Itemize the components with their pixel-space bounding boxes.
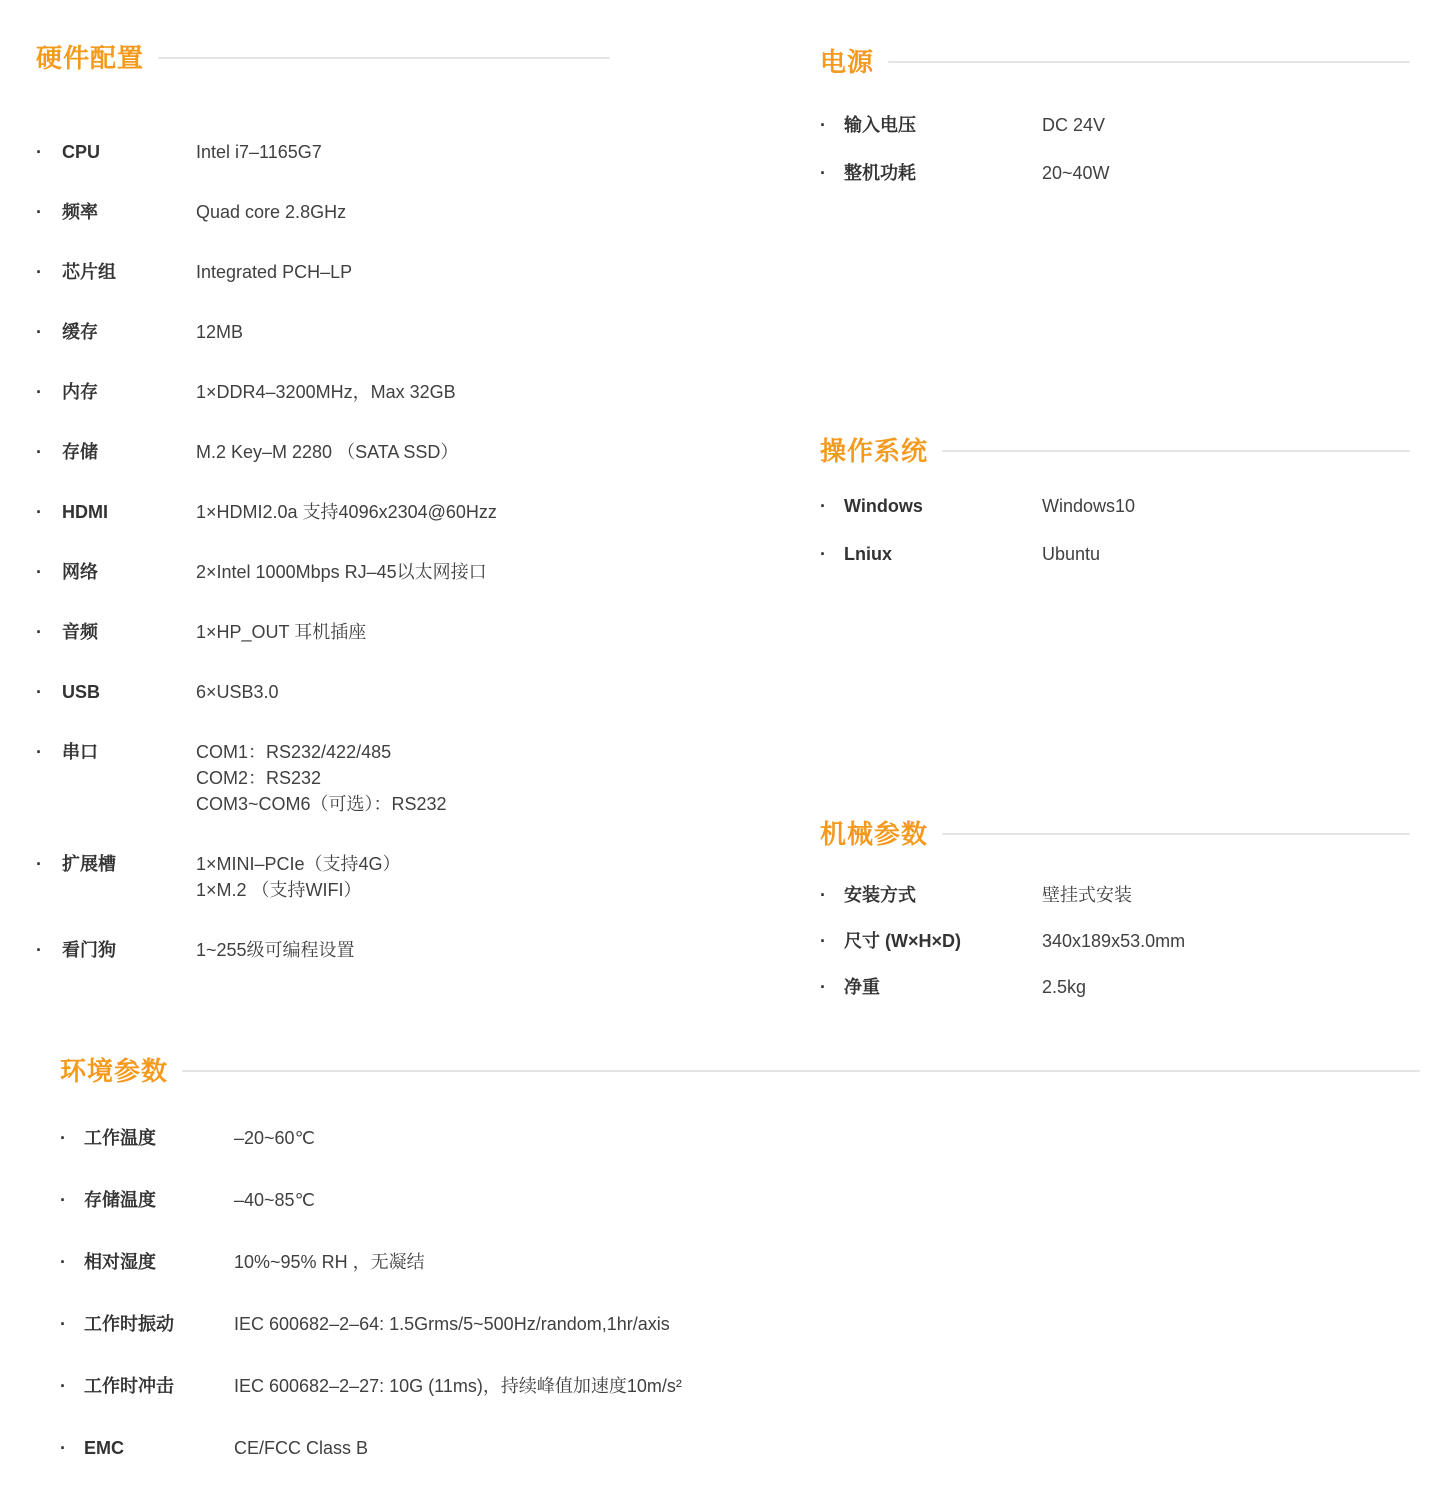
spec-row-memory: · 内存 1×DDR4–3200MHz，Max 32GB [36, 379, 610, 405]
spec-rows: · CPU Intel i7–1165G7 · 频率 Quad core 2.8… [36, 139, 610, 997]
spec-label: 净重 [844, 974, 1042, 1000]
spec-row-humidity: · 相对湿度 10%~95% RH ，无凝结 [60, 1249, 1420, 1275]
spec-value: 2×Intel 1000Mbps RJ–45以太网接口 [196, 559, 610, 585]
bullet-icon: · [36, 851, 62, 877]
spec-value: 1×MINI–PCIe（支持4G） 1×M.2 （支持WIFI） [196, 851, 610, 903]
header-divider [942, 450, 1410, 452]
spec-value: 2.5kg [1042, 974, 1410, 1000]
spec-value: 6×USB3.0 [196, 679, 610, 705]
spec-rows: · 工作温度 –20~60℃ · 存储温度 –40~85℃ · 相对湿度 10%… [60, 1125, 1420, 1497]
bullet-icon: · [60, 1125, 84, 1151]
section-title: 操作系统 [820, 433, 928, 469]
spec-row-network: · 网络 2×Intel 1000Mbps RJ–45以太网接口 [36, 559, 610, 585]
bullet-icon: · [60, 1249, 84, 1275]
spec-row-windows: · Windows Windows10 [820, 493, 1410, 519]
section-header: 操作系统 [820, 433, 1410, 469]
header-divider [158, 57, 610, 59]
bullet-icon: · [36, 739, 62, 765]
spec-rows: · Windows Windows10 · Lniux Ubuntu [820, 493, 1410, 589]
bullet-icon: · [820, 493, 844, 519]
spec-label: 串口 [62, 739, 196, 765]
spec-value: Quad core 2.8GHz [196, 199, 610, 225]
bullet-icon: · [36, 379, 62, 405]
spec-value: COM1：RS232/422/485 COM2：RS232 COM3~COM6（… [196, 739, 610, 817]
spec-row-power-consumption: · 整机功耗 20~40W [820, 160, 1410, 186]
spec-label: 网络 [62, 559, 196, 585]
spec-value: IEC 600682–2–64: 1.5Grms/5~500Hz/random,… [234, 1311, 1420, 1337]
spec-row-audio: · 音频 1×HP_OUT 耳机插座 [36, 619, 610, 645]
bullet-icon: · [820, 160, 844, 186]
spec-label: CPU [62, 139, 196, 165]
spec-row-cache: · 缓存 12MB [36, 319, 610, 345]
spec-row-shock: · 工作时冲击 IEC 600682–2–27: 10G (11ms)，持续峰值… [60, 1373, 1420, 1399]
spec-value: 340x189x53.0mm [1042, 928, 1410, 954]
spec-value: Integrated PCH–LP [196, 259, 610, 285]
spec-row-storage-temp: · 存储温度 –40~85℃ [60, 1187, 1420, 1213]
bullet-icon: · [820, 974, 844, 1000]
bullet-icon: · [36, 619, 62, 645]
bullet-icon: · [36, 937, 62, 963]
section-header: 硬件配置 [36, 40, 610, 76]
section-os: 操作系统 · Windows Windows10 · Lniux Ubuntu [820, 433, 1410, 589]
bullet-icon: · [36, 199, 62, 225]
bullet-icon: · [60, 1311, 84, 1337]
spec-value: Windows10 [1042, 493, 1410, 519]
spec-row-weight: · 净重 2.5kg [820, 974, 1410, 1000]
section-mechanical: 机械参数 · 安装方式 壁挂式安装 · 尺寸 (W×H×D) 340x189x5… [820, 816, 1410, 1020]
spec-label: 尺寸 (W×H×D) [844, 928, 1042, 954]
header-divider [942, 833, 1410, 835]
spec-label: USB [62, 679, 196, 705]
spec-row-frequency: · 频率 Quad core 2.8GHz [36, 199, 610, 225]
spec-row-input-voltage: · 输入电压 DC 24V [820, 112, 1410, 138]
section-header: 机械参数 [820, 816, 1410, 852]
section-power: 电源 · 输入电压 DC 24V · 整机功耗 20~40W [820, 44, 1410, 208]
spec-value: –40~85℃ [234, 1187, 1420, 1213]
spec-value: 1×HDMI2.0a 支持4096x2304@60Hzz [196, 499, 610, 525]
spec-label: Windows [844, 493, 1042, 519]
section-hardware: 硬件配置 · CPU Intel i7–1165G7 · 频率 Quad cor… [36, 40, 610, 997]
spec-value: CE/FCC Class B [234, 1435, 1420, 1461]
bullet-icon: · [36, 439, 62, 465]
bullet-icon: · [36, 259, 62, 285]
spec-row-expansion: · 扩展槽 1×MINI–PCIe（支持4G） 1×M.2 （支持WIFI） [36, 851, 610, 903]
spec-label: Lniux [844, 541, 1042, 567]
spec-row-emc: · EMC CE/FCC Class B [60, 1435, 1420, 1461]
spec-value: M.2 Key–M 2280 （SATA SSD） [196, 439, 610, 465]
spec-value: 壁挂式安装 [1042, 882, 1410, 908]
spec-value: 20~40W [1042, 160, 1410, 186]
spec-row-vibration: · 工作时振动 IEC 600682–2–64: 1.5Grms/5~500Hz… [60, 1311, 1420, 1337]
spec-label: 存储 [62, 439, 196, 465]
section-title: 环境参数 [60, 1053, 168, 1089]
spec-label: HDMI [62, 499, 196, 525]
spec-label: 内存 [62, 379, 196, 405]
bullet-icon: · [60, 1187, 84, 1213]
spec-label: 安装方式 [844, 882, 1042, 908]
section-environment: 环境参数 · 工作温度 –20~60℃ · 存储温度 –40~85℃ · 相对湿… [60, 1053, 1420, 1497]
spec-rows: · 安装方式 壁挂式安装 · 尺寸 (W×H×D) 340x189x53.0mm… [820, 882, 1410, 1020]
section-title: 机械参数 [820, 816, 928, 852]
bullet-icon: · [820, 928, 844, 954]
spec-label: 频率 [62, 199, 196, 225]
bullet-icon: · [36, 139, 62, 165]
spec-row-hdmi: · HDMI 1×HDMI2.0a 支持4096x2304@60Hzz [36, 499, 610, 525]
section-header: 电源 [820, 44, 1410, 80]
spec-label: 存储温度 [84, 1187, 234, 1213]
spec-value: –20~60℃ [234, 1125, 1420, 1151]
bullet-icon: · [820, 112, 844, 138]
spec-value: 1×DDR4–3200MHz，Max 32GB [196, 379, 610, 405]
spec-value: 10%~95% RH ，无凝结 [234, 1249, 1420, 1275]
spec-row-linux: · Lniux Ubuntu [820, 541, 1410, 567]
spec-rows: · 输入电压 DC 24V · 整机功耗 20~40W [820, 112, 1410, 208]
spec-row-usb: · USB 6×USB3.0 [36, 679, 610, 705]
bullet-icon: · [60, 1435, 84, 1461]
spec-value: DC 24V [1042, 112, 1410, 138]
bullet-icon: · [36, 679, 62, 705]
bullet-icon: · [820, 882, 844, 908]
section-header: 环境参数 [60, 1053, 1420, 1089]
spec-label: 缓存 [62, 319, 196, 345]
spec-row-mounting: · 安装方式 壁挂式安装 [820, 882, 1410, 908]
spec-label: 输入电压 [844, 112, 1042, 138]
spec-label: 工作时振动 [84, 1311, 234, 1337]
header-divider [182, 1070, 1420, 1072]
spec-label: 看门狗 [62, 937, 196, 963]
spec-label: 音频 [62, 619, 196, 645]
bullet-icon: · [60, 1373, 84, 1399]
spec-row-dimensions: · 尺寸 (W×H×D) 340x189x53.0mm [820, 928, 1410, 954]
spec-value: 1×HP_OUT 耳机插座 [196, 619, 610, 645]
spec-row-storage: · 存储 M.2 Key–M 2280 （SATA SSD） [36, 439, 610, 465]
spec-value: 1~255级可编程设置 [196, 937, 610, 963]
spec-label: 芯片组 [62, 259, 196, 285]
spec-label: 整机功耗 [844, 160, 1042, 186]
bullet-icon: · [36, 319, 62, 345]
spec-label: 扩展槽 [62, 851, 196, 877]
spec-row-chipset: · 芯片组 Integrated PCH–LP [36, 259, 610, 285]
spec-row-serial: · 串口 COM1：RS232/422/485 COM2：RS232 COM3~… [36, 739, 610, 817]
spec-value: 12MB [196, 319, 610, 345]
spec-row-cpu: · CPU Intel i7–1165G7 [36, 139, 610, 165]
header-divider [888, 61, 1410, 63]
spec-label: 工作时冲击 [84, 1373, 234, 1399]
bullet-icon: · [820, 541, 844, 567]
section-title: 硬件配置 [36, 40, 144, 76]
spec-value: Ubuntu [1042, 541, 1410, 567]
spec-label: EMC [84, 1435, 234, 1461]
spec-row-watchdog: · 看门狗 1~255级可编程设置 [36, 937, 610, 963]
section-title: 电源 [820, 44, 874, 80]
spec-label: 相对湿度 [84, 1249, 234, 1275]
spec-value: Intel i7–1165G7 [196, 139, 610, 165]
bullet-icon: · [36, 559, 62, 585]
spec-label: 工作温度 [84, 1125, 234, 1151]
spec-value: IEC 600682–2–27: 10G (11ms)，持续峰值加速度10m/s… [234, 1373, 1420, 1399]
spec-row-operating-temp: · 工作温度 –20~60℃ [60, 1125, 1420, 1151]
bullet-icon: · [36, 499, 62, 525]
